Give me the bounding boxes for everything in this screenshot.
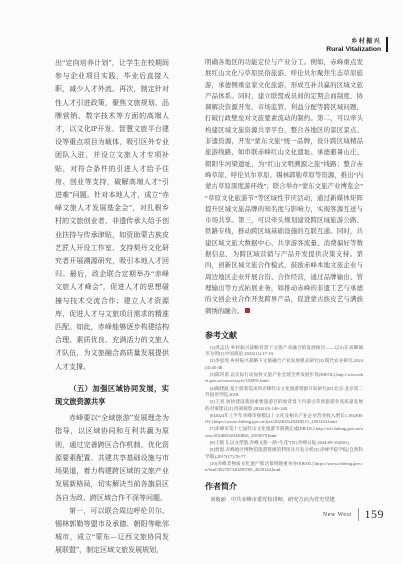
page-footer: New West 159 <box>323 507 384 522</box>
reference-item: [3]陈河甫.以实际行动加快文旅产业全域全季发展步伐[EB/OL].http:/… <box>205 372 363 385</box>
journal-page: 乡村振兴 Rural Vitalization 出“定向培养计划”，让学生在校期… <box>0 0 402 564</box>
paragraph-continuation: 明确各地区的功能定位与产业分工。例如，赤峰重点发展红山文化与草原民俗旅游，呼伦贝… <box>205 57 363 317</box>
reference-item: [4]陶建波.基于游客需求的赤峰红山文化旅游资源开发研究[D].北京:北京第二外… <box>205 386 363 399</box>
reference-item: [8]王鹤飞.以文塑旅,赤峰文旅一路“生花”[N].赤峰日报,2024-09-1… <box>205 440 363 446</box>
references-list: [1]周孟达.乡村振兴战略背景下文旅产业融合的发展路径——以山东省聊城市为例[J… <box>205 345 363 474</box>
paragraph-text: 明确各地区的功能定位与产业分工。例如，赤峰重点发展红山文化与草原民俗旅游，呼伦贝… <box>205 59 363 315</box>
subsection-heading: （五）加强区域协同发展，实现文旅资源共享 <box>55 383 169 409</box>
paragraph-overview: 赤峰要以“全域旅游”发展理念为指导，以区域协同和互利共赢为原则，通过完善跨区合作… <box>55 412 169 504</box>
reference-item: [6]2024年上半年赤峰市规模以上文化及相关产业企业营业收入增长1.4%[EB… <box>205 413 363 426</box>
paragraph-first-measure: 第一，可以联合周边呼伦贝尔、锡林郭勒等盟市及承德、朝阳等毗邻城市，成立“蒙东—辽… <box>55 505 169 558</box>
left-column: 出“定向培养计划”，让学生在校期间参与企业项目实践，毕业后直接入职，减少人才外流… <box>55 57 169 558</box>
header-divider-bar <box>386 37 388 52</box>
author-heading: 作者简介 <box>205 481 363 492</box>
reference-item: [10]赤峰非物质文化遗产那达慕将隆重举办[EB/OL].https://www… <box>205 461 363 474</box>
reference-item: [7]赤峰市第十七届红山文化旅游节圆满完成[EB/OL].http://wl.c… <box>205 426 363 439</box>
page-number: 159 <box>365 507 385 522</box>
reference-item: [1]周孟达.乡村振兴战略背景下文旅产业融合的发展路径——以山东省聊城市为例[J… <box>205 345 363 358</box>
page-header: 乡村振兴 Rural Vitalization <box>326 36 388 53</box>
footer-divider <box>358 508 359 521</box>
reference-item: [2]李思瑶.乡村振兴战略下文旅融合产业发展模式研究[J].现代农业研究,202… <box>205 358 363 371</box>
header-section-label: 乡村振兴 Rural Vitalization <box>326 36 381 53</box>
section-label-cn: 乡村振兴 <box>326 36 381 45</box>
article-end-mark-icon <box>245 308 250 313</box>
author-bio: 刘俊丽 中共赤峰市委党校讲师，研究方向为党史党建 <box>205 496 363 504</box>
reference-item: [5]王亮.加快建设我国重要旅游目的地背景下内蒙古草原旅游业高质量发展的对策建议… <box>205 399 363 412</box>
paragraph-continuation: 出“定向培养计划”，让学生在校期间参与企业项目实践，毕业后直接入职，减少人才外流… <box>55 57 169 374</box>
right-column: 明确各地区的功能定位与产业分工。例如，赤峰重点发展红山文化与草原民俗旅游，呼伦贝… <box>205 57 363 504</box>
references-heading: 参考文献 <box>205 330 363 341</box>
journal-name: New West <box>323 512 352 518</box>
section-label-en: Rural Vitalization <box>326 46 381 53</box>
reference-item: [9]贾琨.赤峰地区博物馆旅游资源的利用及开发分析[J].赤峰学院学报(自然科学… <box>205 447 363 460</box>
